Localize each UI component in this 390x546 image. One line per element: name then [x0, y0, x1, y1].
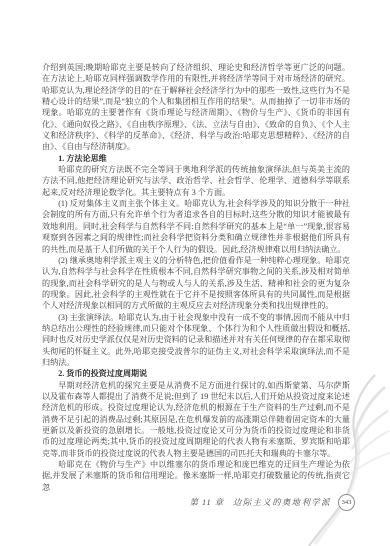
paragraph-intro-continuation: 介绍到英国;晚期哈耶克主要是转向了经济组织、理论史和经济哲学等更广泛的问题。在方…	[42, 62, 350, 153]
paragraph-prices-and-production: 哈耶克在《物价与生产》中以维塞尔的货币理论和庞巴维克的迂回生产理论为依据,并发展…	[42, 459, 350, 493]
paragraph-point-3: (3) 主张演绎法。哈耶克认为,由于社会现象中没有一成不变的事情,因而不能从中归…	[42, 312, 350, 369]
paragraph-point-1: (1) 反对集体主义而主张个体主义。哈耶克认为,社会科学涉及的知识分散于一种社会…	[42, 198, 350, 255]
page-number-badge: 343	[338, 494, 355, 511]
paragraph-point-2: (2) 继承奥地利学派主观主义的分析特色,把价值看作是一种纯粹心理现象。哈耶克认…	[42, 255, 350, 312]
paragraph-crisis-theory: 早期对经济危机的探究主要是从消费不足方面进行探讨的,如西斯蒙第、马尔萨斯以及霍布…	[42, 380, 350, 459]
paragraph-methodology-overview: 哈耶克的研究方法既不完全等同于奥地利学派的传统抽象演绎法,但与英美主流的方法不同…	[42, 164, 350, 198]
footer-chapter-title: 边际主义的奥地利学派	[233, 498, 331, 507]
footer-chapter-label: 第 11 章	[190, 498, 224, 507]
page-footer: 第 11 章边际主义的奥地利学派	[0, 496, 331, 508]
section-heading-overinvestment-cycle: 2. 货币的投资过度周期说	[42, 368, 350, 379]
page-number: 343	[342, 499, 352, 506]
scanned-book-page: { "document": { "paragraphs": [ {"style"…	[0, 0, 390, 546]
page-text-column: 介绍到英国;晚期哈耶克主要是转向了经济组织、理论史和经济哲学等更广泛的问题。在方…	[42, 62, 350, 493]
section-heading-methodology: 1. 方法论思维	[42, 153, 350, 164]
